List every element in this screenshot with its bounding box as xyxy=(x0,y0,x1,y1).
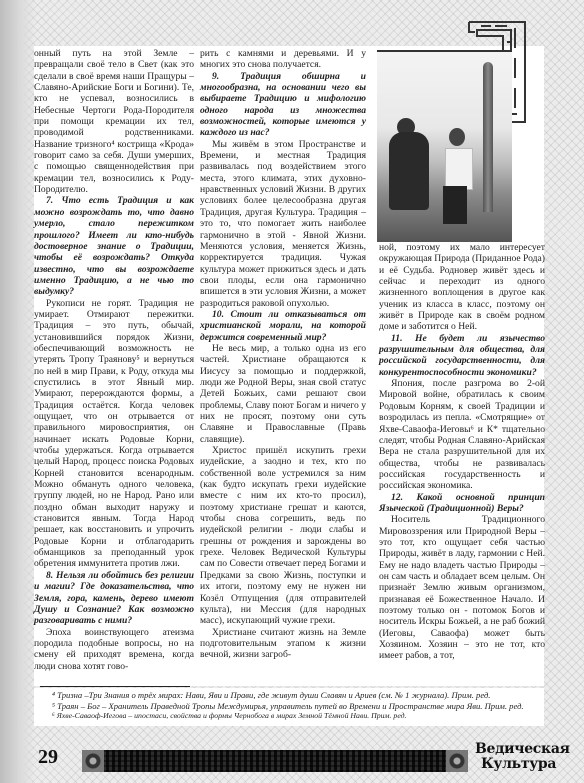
question-paragraph: 10. Стоит ли отказываться от христианско… xyxy=(200,309,366,343)
footnote-6: ⁶ Яхве-Саваоф-Иегова – ипостаси, свойств… xyxy=(40,711,538,722)
magazine-logo: Ведическая Культура xyxy=(475,742,580,772)
body-paragraph: Христос пришёл искупить грехи иудейские,… xyxy=(200,445,366,627)
body-paragraph: Носитель Традиционного Мировоззрения или… xyxy=(379,514,545,661)
body-paragraph: онный путь на этой Земле – превращали св… xyxy=(34,48,194,195)
page-spine-shadow xyxy=(0,0,36,783)
question-paragraph: 8. Нельзя ли обойтись без религии и маги… xyxy=(34,570,194,627)
question-paragraph: 7. Что есть Традиция и как можно возрожд… xyxy=(34,195,194,297)
question-paragraph: 11. Не будет ли язычество разрушительным… xyxy=(379,333,545,378)
figure-white-shirt xyxy=(445,148,473,190)
article-photo xyxy=(377,50,512,242)
knot-ornament-icon xyxy=(82,750,104,772)
text-column-1: онный путь на этой Земле – превращали св… xyxy=(34,48,194,672)
figure-legs xyxy=(443,186,467,224)
figure-head xyxy=(449,128,465,146)
logo-line-2: Культура xyxy=(475,757,580,772)
question-paragraph: 9. Традиция обширна и многообразна, на о… xyxy=(200,71,366,139)
page-number: 29 xyxy=(38,746,58,769)
body-paragraph: Рукописи не горят. Традиция не умирает. … xyxy=(34,298,194,570)
ornamental-band xyxy=(82,750,468,772)
figure-dark-coat xyxy=(389,132,429,210)
footnote-5: ⁵ Траян – Бог – Хранитель Праведной Троп… xyxy=(40,701,538,712)
knot-ornament-icon xyxy=(446,750,468,772)
logo-line-1: Ведическая xyxy=(475,742,580,757)
body-paragraph: Япония, после разгрома во 2-ой Мировой в… xyxy=(379,378,545,491)
text-column-2: рить с камнями и деревьями. И у многих э… xyxy=(200,48,366,661)
footnote-4: ⁴ Тризна –Три Знания о трёх мирах: Нави,… xyxy=(40,690,538,701)
body-paragraph: Не весь мир, а только одна из его частей… xyxy=(200,343,366,445)
body-paragraph: Эпоха воинствующего атеизма породила под… xyxy=(34,627,194,672)
footnotes: ⁴ Тризна –Три Знания о трёх мирах: Нави,… xyxy=(34,688,544,726)
question-paragraph: 12. Какой основной принцип Языческой (Тр… xyxy=(379,492,545,515)
body-paragraph: ной, поэтому их мало интересует окружающ… xyxy=(379,242,545,333)
body-paragraph: Мы живём в этом Пространстве и Времени, … xyxy=(200,139,366,309)
idol-pillar xyxy=(483,62,493,212)
text-column-3: ной, поэтому их мало интересует окружающ… xyxy=(379,242,545,662)
body-paragraph: рить с камнями и деревьями. И у многих э… xyxy=(200,48,366,71)
footnote-divider xyxy=(40,686,190,687)
body-paragraph: Христиане считают жизнь на Земле подгото… xyxy=(200,627,366,661)
